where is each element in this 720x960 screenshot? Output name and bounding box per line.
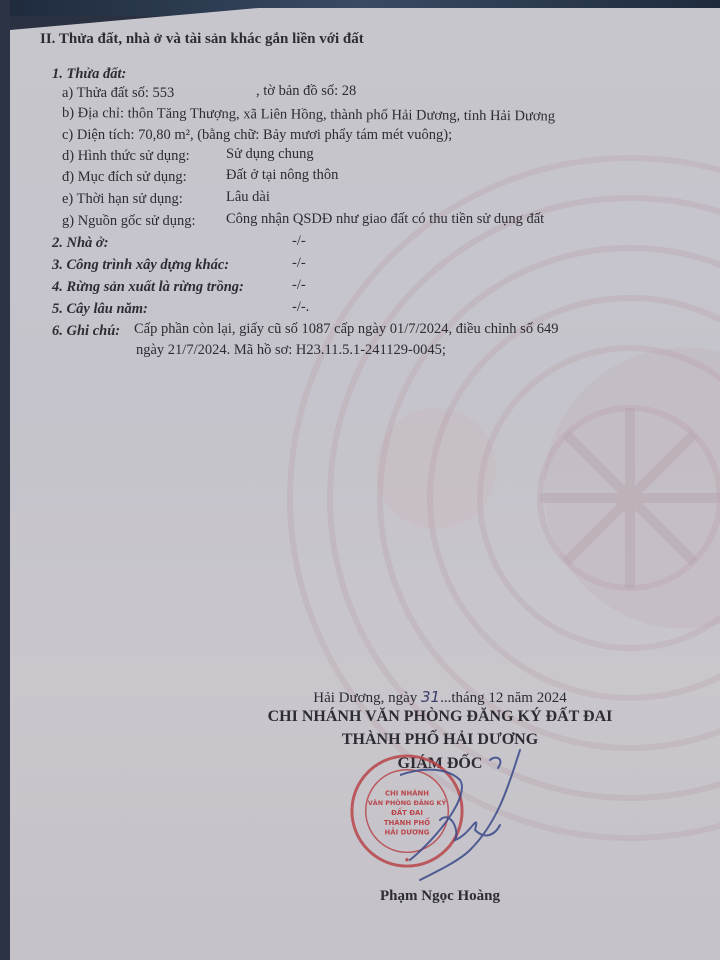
other-construction-label: 3. Công trình xây dựng khác: <box>52 256 229 274</box>
section-title: II. Thửa đất, nhà ở và tài sản khác gắn … <box>40 30 364 48</box>
land-parcel-heading: 1. Thửa đất: <box>52 65 126 83</box>
perennial-trees-value: -/-. <box>292 298 309 316</box>
handwritten-signature-icon <box>400 740 540 890</box>
note-label: 6. Ghi chú: <box>52 322 120 340</box>
issue-day: 31 <box>421 688 440 706</box>
planted-forest-value: -/- <box>292 276 306 294</box>
parcel-number: a) Thửa đất số: 553 <box>62 84 174 102</box>
house-label: 2. Nhà ở: <box>52 234 109 252</box>
issue-place-date: Hải Dương, ngày 31...tháng 12 năm 2024 <box>220 688 660 707</box>
photo-background-left <box>0 0 10 960</box>
signer-name: Phạm Ngọc Hoàng <box>220 888 660 905</box>
area: c) Diện tích: 70,80 m², (bằng chữ: Bảy m… <box>62 126 452 144</box>
usage-origin-label: g) Nguồn gốc sử dụng: <box>62 212 196 230</box>
usage-term-value: Lâu dài <box>226 188 270 206</box>
note-line-1: Cấp phần còn lại, giấy cũ số 1087 cấp ng… <box>134 320 558 338</box>
issue-month-year: ...tháng 12 năm 2024 <box>440 690 567 706</box>
usage-term-label: e) Thời hạn sử dụng: <box>62 190 183 208</box>
usage-form-label: d) Hình thức sử dụng: <box>62 147 190 165</box>
usage-form-value: Sử dụng chung <box>226 145 314 163</box>
house-value: -/- <box>292 232 306 250</box>
usage-purpose-value: Đất ở tại nông thôn <box>226 166 338 184</box>
address: b) Địa chỉ: thôn Tăng Thượng, xã Liên Hồ… <box>62 104 555 125</box>
issue-place-prefix: Hải Dương, ngày <box>313 690 417 706</box>
note-line-2: ngày 21/7/2024. Mã hồ sơ: H23.11.5.1-241… <box>136 341 446 359</box>
map-sheet-number: , tờ bản đồ số: 28 <box>256 82 356 100</box>
perennial-trees-label: 5. Cây lâu năm: <box>52 300 148 318</box>
planted-forest-label: 4. Rừng sản xuất là rừng trồng: <box>52 278 244 296</box>
usage-purpose-label: đ) Mục đích sử dụng: <box>62 168 187 186</box>
issuing-org-line-1: CHI NHÁNH VĂN PHÒNG ĐĂNG KÝ ĐẤT ĐAI <box>220 708 660 726</box>
usage-origin-value: Công nhận QSDĐ như giao đất có thu tiền … <box>226 210 544 228</box>
other-construction-value: -/- <box>292 254 306 272</box>
